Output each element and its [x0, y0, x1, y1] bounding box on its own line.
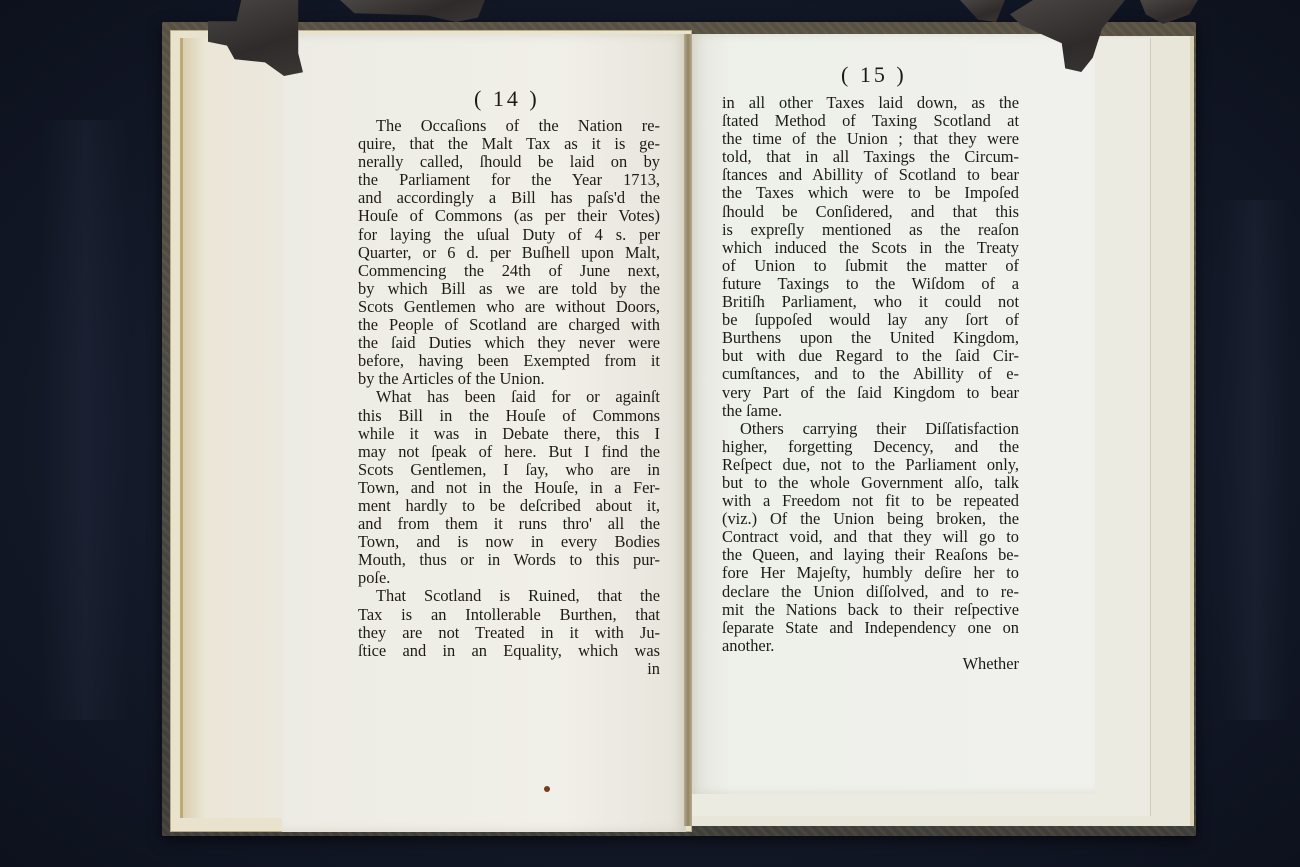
text-line: the ſame. [722, 402, 1019, 420]
page-number-left: ( 14 ) [474, 86, 540, 112]
text-line: the Parliament for the Year 1713, [358, 171, 660, 189]
text-line: while it was in Debate there, this I [358, 425, 660, 443]
text-line: Mouth, thus or in Words to this pur- [358, 551, 660, 569]
text-line: they are not Treated in it with Ju- [358, 624, 660, 642]
text-line: poſe. [358, 569, 660, 587]
text-line: another. [722, 637, 1019, 655]
text-line: higher, forgetting Decency, and the [722, 438, 1019, 456]
text-line: in all other Taxes laid down, as the [722, 94, 1019, 112]
text-line: of Union to ſubmit the matter of [722, 257, 1019, 275]
text-line: ſtated Method of Taxing Scotland at [722, 112, 1019, 130]
text-line: ment hardly to be deſcribed about it, [358, 497, 660, 515]
text-line: but to the whole Government alſo, talk [722, 474, 1019, 492]
text-line: Commencing the 24th of June next, [358, 262, 660, 280]
text-line: Britiſh Parliament, who it could not [722, 293, 1019, 311]
page-weight-left-arm [340, 0, 485, 22]
text-line: in [358, 660, 660, 678]
page-weight-right-tip [1140, 0, 1198, 24]
text-line: (viz.) Of the Union being broken, the [722, 510, 1019, 528]
text-line: this Bill in the Houſe of Commons [358, 407, 660, 425]
cloth-fold [1220, 200, 1290, 720]
text-line: Scots Gentlemen, I ſay, who are in [358, 461, 660, 479]
text-line: Tax is an Intollerable Burthen, that [358, 606, 660, 624]
text-line: before, having been Exempted from it [358, 352, 660, 370]
text-line: is expreſly mentioned as the reaſon [722, 221, 1019, 239]
text-line: mit the Nations back to their reſpective [722, 601, 1019, 619]
cloth-fold [40, 120, 130, 720]
text-line: but with due Regard to the ſaid Cir- [722, 347, 1019, 365]
text-line: Scots Gentlemen who are without Doors, [358, 298, 660, 316]
text-line: the Queen, and laying their Reaſons be- [722, 546, 1019, 564]
text-line: What has been ſaid for or againſt [358, 388, 660, 406]
text-line: Others carrying their Diſſatisfaction [722, 420, 1019, 438]
text-line: and from them it runs thro' all the [358, 515, 660, 533]
text-line: Whether [722, 655, 1019, 673]
text-line: which induced the Scots in the Treaty [722, 239, 1019, 257]
book-gutter [684, 34, 692, 826]
text-line: ſtice and in an Equality, which was [358, 642, 660, 660]
foxing-spot [544, 786, 550, 792]
text-line: nerally called, ſhould be laid on by [358, 153, 660, 171]
page-number-right: ( 15 ) [841, 62, 907, 88]
text-line: ſtances and Abillity of Scotland to bear [722, 166, 1019, 184]
text-line: with a Freedom not fit to be repeated [722, 492, 1019, 510]
text-line: That Scotland is Ruined, that the [358, 587, 660, 605]
text-line: very Part of the ſaid Kingdom to bear [722, 384, 1019, 402]
text-line: ſhould be Conſidered, and that this [722, 203, 1019, 221]
text-line: Houſe of Commons (as per their Votes) [358, 207, 660, 225]
right-page-text: in all other Taxes laid down, as theſtat… [722, 94, 1019, 673]
text-line: declare the Union diſſolved, and to re- [722, 583, 1019, 601]
left-page-text: The Occaſions of the Nation re-quire, th… [358, 117, 660, 678]
text-line: told, that in all Taxings the Circum- [722, 148, 1019, 166]
text-line: by the Articles of the Union. [358, 370, 660, 388]
text-line: cumſtances, and to the Abillity of e- [722, 365, 1019, 383]
text-line: may not ſpeak of here. But I find the [358, 443, 660, 461]
text-line: for laying the uſual Duty of 4 s. per [358, 226, 660, 244]
text-line: Reſpect due, not to the Parliament only, [722, 456, 1019, 474]
text-line: Contract void, and that they will go to [722, 528, 1019, 546]
text-line: fore Her Majeſty, humbly deſire her to [722, 564, 1019, 582]
text-line: Quarter, or 6 d. per Buſhell upon Malt, [358, 244, 660, 262]
text-line: future Taxings to the Wiſdom of a [722, 275, 1019, 293]
text-line: the time of the Union ; that they were [722, 130, 1019, 148]
text-line: quire, that the Malt Tax as it is ge- [358, 135, 660, 153]
left-flyleaf [180, 38, 293, 818]
page-weight-right-arm [960, 0, 1005, 22]
text-line: Town, and is now in every Bodies [358, 533, 660, 551]
text-line: Burthens upon the United Kingdom, [722, 329, 1019, 347]
text-line: ſeparate State and Independency one on [722, 619, 1019, 637]
text-line: the ſaid Duties which they never were [358, 334, 660, 352]
text-line: be ſuppoſed would lay any ſort of [722, 311, 1019, 329]
text-line: by which Bill as we are told by the [358, 280, 660, 298]
text-line: and accordingly a Bill has paſs'd the [358, 189, 660, 207]
text-line: the People of Scotland are charged with [358, 316, 660, 334]
text-line: the Taxes which were to be Impoſed [722, 184, 1019, 202]
text-line: The Occaſions of the Nation re- [358, 117, 660, 135]
text-line: Town, and not in the Houſe, in a Fer- [358, 479, 660, 497]
